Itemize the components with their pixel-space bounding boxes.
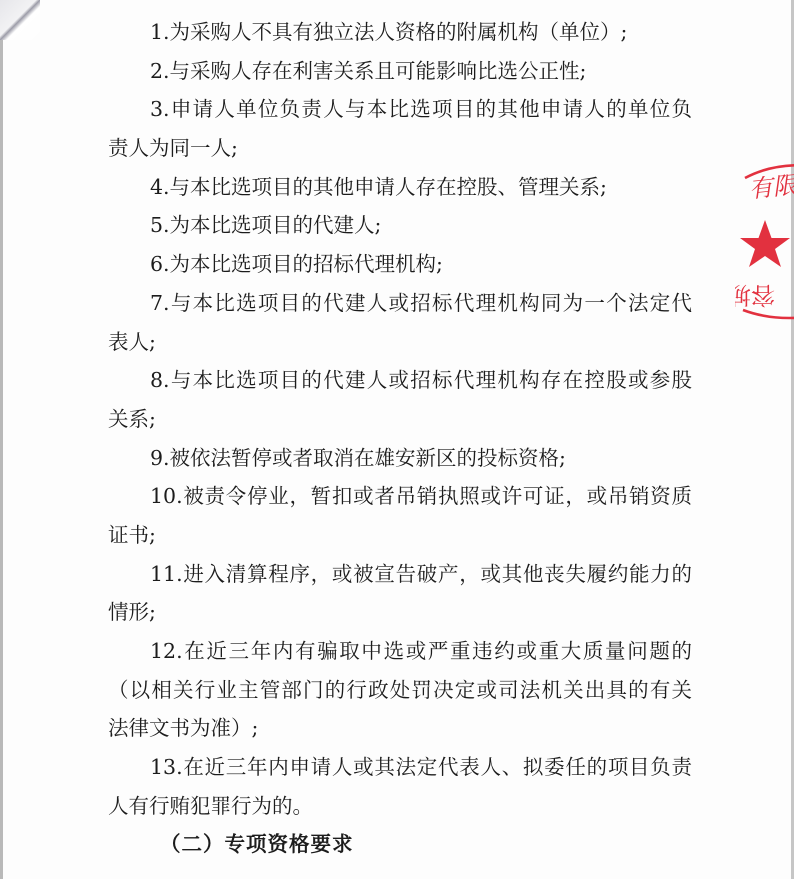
item-8-line-1: 8.与本比选项目的代建人或招标代理机构存在控股或参股 xyxy=(108,361,692,400)
item-3-line-2: 责人为同一人; xyxy=(108,129,692,168)
item-5-line-1: 5.为本比选项目的代建人; xyxy=(108,206,692,245)
item-7-line-2: 表人; xyxy=(108,323,692,362)
item-2-line-1: 2.与采购人存在利害关系且可能影响比选公正性; xyxy=(108,52,692,91)
item-13-line-1: 13.在近三年内申请人或其法定代表人、拟委任的项目负责 xyxy=(108,748,692,787)
item-9-line-1: 9.被依法暂停或者取消在雄安新区的投标资格; xyxy=(108,439,692,478)
item-10-line-2: 证书; xyxy=(108,516,692,555)
stamp-text-bottom: 容城 xyxy=(735,281,775,309)
item-6-line-1: 6.为本比选项目的招标代理机构; xyxy=(108,245,692,284)
company-seal-stamp: 有限 容城 xyxy=(735,150,794,330)
page-corner-fold xyxy=(0,0,40,40)
section-heading: （二）专项资格要求 xyxy=(108,825,692,864)
item-11-line-2: 情形; xyxy=(108,593,692,632)
document-page: 1.为采购人不具有独立法人资格的附属机构（单位）; 2.与采购人存在利害关系且可… xyxy=(0,0,794,879)
item-13-line-2: 人有行贿犯罪行为的。 xyxy=(108,787,692,826)
page-left-edge xyxy=(0,0,3,879)
item-4-line-1: 4.与本比选项目的其他申请人存在控股、管理关系; xyxy=(108,168,692,207)
star-icon xyxy=(740,220,790,267)
item-12-line-1: 12.在近三年内有骗取中选或严重违约或重大质量问题的 xyxy=(108,632,692,671)
disqualification-list: 1.为采购人不具有独立法人资格的附属机构（单位）; 2.与采购人存在利害关系且可… xyxy=(108,13,692,864)
item-11-line-1: 11.进入清算程序，或被宣告破产，或其他丧失履约能力的 xyxy=(108,555,692,594)
item-7-line-1: 7.与本比选项目的代建人或招标代理机构同为一个法定代 xyxy=(108,284,692,323)
item-1-line-1: 1.为采购人不具有独立法人资格的附属机构（单位）; xyxy=(108,13,692,52)
item-10-line-1: 10.被责令停业，暂扣或者吊销执照或许可证，或吊销资质 xyxy=(108,477,692,516)
item-8-line-2: 关系; xyxy=(108,400,692,439)
item-12-line-2: （以相关行业主管部门的行政处罚决定或司法机关出具的有关 xyxy=(108,671,692,710)
stamp-text-top: 有限 xyxy=(747,170,794,203)
item-12-line-3: 法律文书为准）; xyxy=(108,709,692,748)
item-3-line-1: 3.申请人单位负责人与本比选项目的其他申请人的单位负 xyxy=(108,90,692,129)
